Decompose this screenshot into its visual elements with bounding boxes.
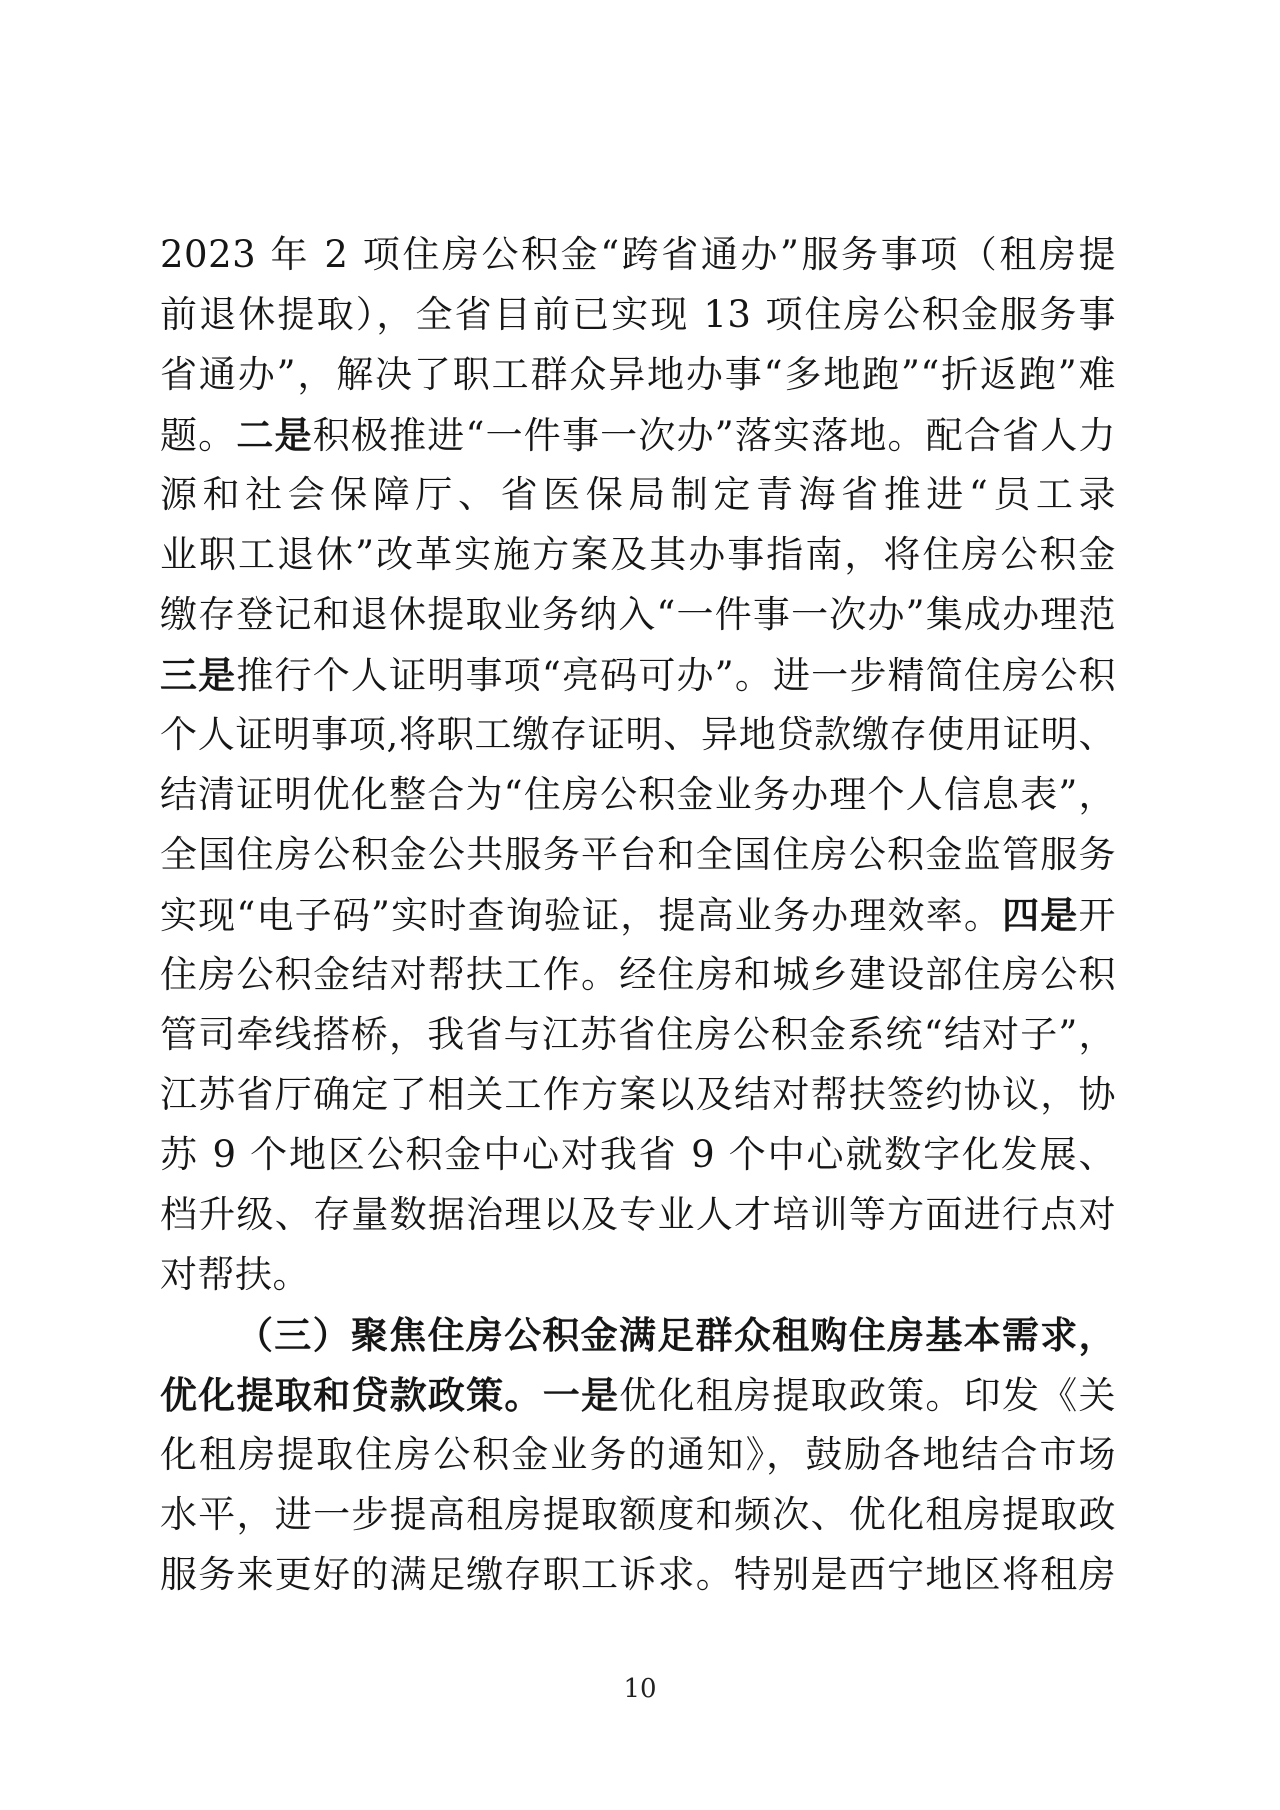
text-run: 管司牵线搭桥，我省与江苏省住房公积金系统“结对子”，同 — [160, 1013, 1116, 1065]
text-line: 实现“电子码”实时查询验证，提高业务办理效率。四是开展 — [160, 885, 1116, 945]
document-page: 2023 年 2 项住房公积金“跨省通办”服务事项（租房提取、提前退休提取），全… — [0, 0, 1280, 1810]
text-line: 档升级、存量数据治理以及专业人才培训等方面进行点对点结 — [160, 1185, 1116, 1245]
text-run: 实现“电子码”实时查询验证，提高业务办理效率。 — [160, 894, 1002, 937]
text-run: 江苏省厅确定了相关工作方案以及结对帮扶签约协议，协调江 — [160, 1073, 1116, 1125]
text-line: 三是推行个人证明事项“亮码可办”。进一步精简住房公积金 — [160, 645, 1116, 705]
text-run: 结清证明优化整合为“住房公积金业务办理个人信息表”，依托 — [160, 773, 1116, 825]
text-line: 前退休提取），全省目前已实现 13 项住房公积金服务事项“跨 — [160, 285, 1116, 345]
text-run: 个人证明事项,将职工缴存证明、异地贷款缴存使用证明、贷款 — [160, 713, 1116, 765]
text-run: 源和社会保障厅、省医保局制定青海省推进“员工录用”“企 — [160, 473, 1116, 525]
text-line: 住房公积金结对帮扶工作。经住房和城乡建设部住房公积金监 — [160, 945, 1116, 1005]
text-run: 前退休提取），全省目前已实现 13 项住房公积金服务事项“跨 — [160, 293, 1116, 345]
text-run: 住房公积金结对帮扶工作。经住房和城乡建设部住房公积金监 — [160, 953, 1116, 1005]
text-line: （三）聚焦住房公积金满足群众租购住房基本需求，着力 — [160, 1305, 1116, 1365]
text-line: 省通办”，解决了职工群众异地办事“多地跑”“折返跑”难 — [160, 345, 1116, 405]
bold-text-run: 四是 — [1002, 893, 1078, 937]
text-line: 化租房提取住房公积金业务的通知》，鼓励各地结合市场租金 — [160, 1425, 1116, 1485]
text-run: 对帮扶。 — [160, 1253, 310, 1296]
text-line: 源和社会保障厅、省医保局制定青海省推进“员工录用”“企 — [160, 465, 1116, 525]
bold-text-run: （三）聚焦住房公积金满足群众租购住房基本需求，着力 — [160, 1313, 1116, 1365]
text-line: 水平，进一步提高租房提取额度和频次、优化租房提取政策和 — [160, 1485, 1116, 1545]
bold-text-run: 三是 — [160, 653, 236, 697]
text-line: 管司牵线搭桥，我省与江苏省住房公积金系统“结对子”，同 — [160, 1005, 1116, 1065]
text-run: 2023 年 2 项住房公积金“跨省通办”服务事项（租房提取、提 — [160, 233, 1116, 285]
text-run: 业职工退休”改革实施方案及其办事指南，将住房公积金职工 — [160, 533, 1116, 585]
text-line: 业职工退休”改革实施方案及其办事指南，将住房公积金职工 — [160, 525, 1116, 585]
text-line: 全国住房公积金公共服务平台和全国住房公积金监管服务平台， — [160, 825, 1116, 885]
text-line: 对帮扶。 — [160, 1245, 1116, 1305]
page-number: 10 — [0, 1672, 1280, 1706]
text-run: 全国住房公积金公共服务平台和全国住房公积金监管服务平台， — [160, 833, 1116, 885]
text-run: 水平，进一步提高租房提取额度和频次、优化租房提取政策和 — [160, 1493, 1116, 1545]
bold-text-run: 二是 — [236, 413, 312, 457]
text-line: 缴存登记和退休提取业务纳入“一件事一次办”集成办理范围。 — [160, 585, 1116, 645]
text-run: 苏 9 个地区公积金中心对我省 9 个中心就数字化发展、系统提 — [160, 1133, 1116, 1185]
document-body: 2023 年 2 项住房公积金“跨省通办”服务事项（租房提取、提前退休提取），全… — [160, 225, 1116, 1605]
text-run: 缴存登记和退休提取业务纳入“一件事一次办”集成办理范围。 — [160, 593, 1116, 645]
text-run: 题。 — [160, 414, 236, 457]
text-line: 2023 年 2 项住房公积金“跨省通办”服务事项（租房提取、提 — [160, 225, 1116, 285]
text-line: 江苏省厅确定了相关工作方案以及结对帮扶签约协议，协调江 — [160, 1065, 1116, 1125]
text-line: 苏 9 个地区公积金中心对我省 9 个中心就数字化发展、系统提 — [160, 1125, 1116, 1185]
text-run: 化租房提取住房公积金业务的通知》，鼓励各地结合市场租金 — [160, 1433, 1116, 1485]
bold-text-run: 优化提取和贷款政策。一是 — [160, 1373, 619, 1417]
text-run: 服务来更好的满足缴存职工诉求。特别是西宁地区将租房提取 — [160, 1553, 1116, 1605]
text-line: 服务来更好的满足缴存职工诉求。特别是西宁地区将租房提取 — [160, 1545, 1116, 1605]
text-line: 结清证明优化整合为“住房公积金业务办理个人信息表”，依托 — [160, 765, 1116, 825]
text-line: 题。二是积极推进“一件事一次办”落实落地。配合省人力资 — [160, 405, 1116, 465]
text-run: 档升级、存量数据治理以及专业人才培训等方面进行点对点结 — [160, 1193, 1116, 1245]
text-line: 个人证明事项,将职工缴存证明、异地贷款缴存使用证明、贷款 — [160, 705, 1116, 765]
text-line: 优化提取和贷款政策。一是优化租房提取政策。印发《关于优 — [160, 1365, 1116, 1425]
text-run: 省通办”，解决了职工群众异地办事“多地跑”“折返跑”难 — [160, 353, 1116, 396]
text-run: 推行个人证明事项“亮码可办”。进一步精简住房公积金 — [160, 654, 1116, 705]
